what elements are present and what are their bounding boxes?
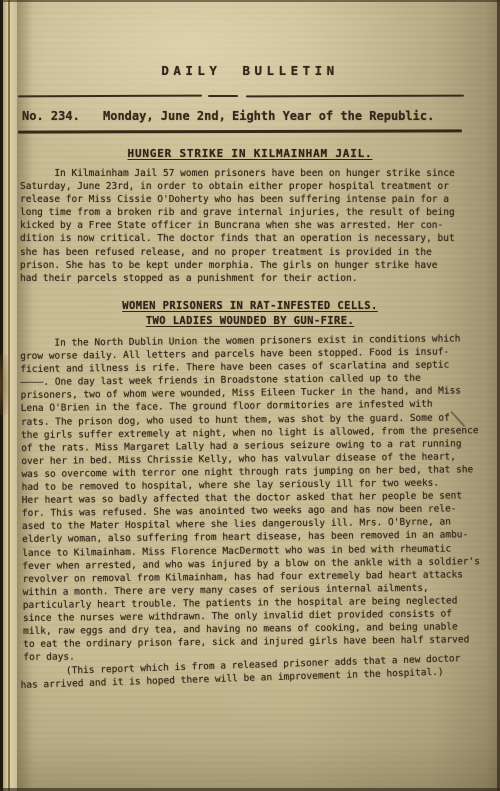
republic-year: Eighth Year of the Republic. xyxy=(232,109,434,123)
article-2-body: In the North Dublin Union the women pris… xyxy=(20,332,489,664)
article-2-headline-line-2: TWO LADIES WOUNDED BY GUN-FIRE. xyxy=(146,314,354,329)
article-1-headline: HUNGER STRIKE IN KILMAINHAM JAIL. xyxy=(0,147,500,160)
masthead-info-row: No. 234. Monday, June 2nd, Eighth Year o… xyxy=(0,109,500,125)
issue-number: No. 234. xyxy=(22,109,80,123)
page-top-edge xyxy=(0,0,500,2)
article-1-body: In Kilmainham Jail 57 women prisoners ha… xyxy=(20,167,486,285)
issue-date: Monday, June 2nd, xyxy=(103,109,226,123)
masthead-bottom-rule xyxy=(18,129,462,133)
masthead-top-rule xyxy=(18,95,464,98)
scanned-bulletin-page: DAILY BULLETIN No. 234. Monday, June 2nd… xyxy=(0,0,500,791)
paper-stain xyxy=(0,355,10,415)
article-2-headline-line-1: WOMEN PRISONERS IN RAT-INFESTED CELLS. xyxy=(122,299,377,314)
article-2-headline: WOMEN PRISONERS IN RAT-INFESTED CELLS. T… xyxy=(0,299,500,328)
rule-segment xyxy=(18,95,202,98)
rule-segment xyxy=(208,95,238,97)
bulletin-title: DAILY BULLETIN xyxy=(0,63,500,78)
rule-segment xyxy=(246,95,464,98)
